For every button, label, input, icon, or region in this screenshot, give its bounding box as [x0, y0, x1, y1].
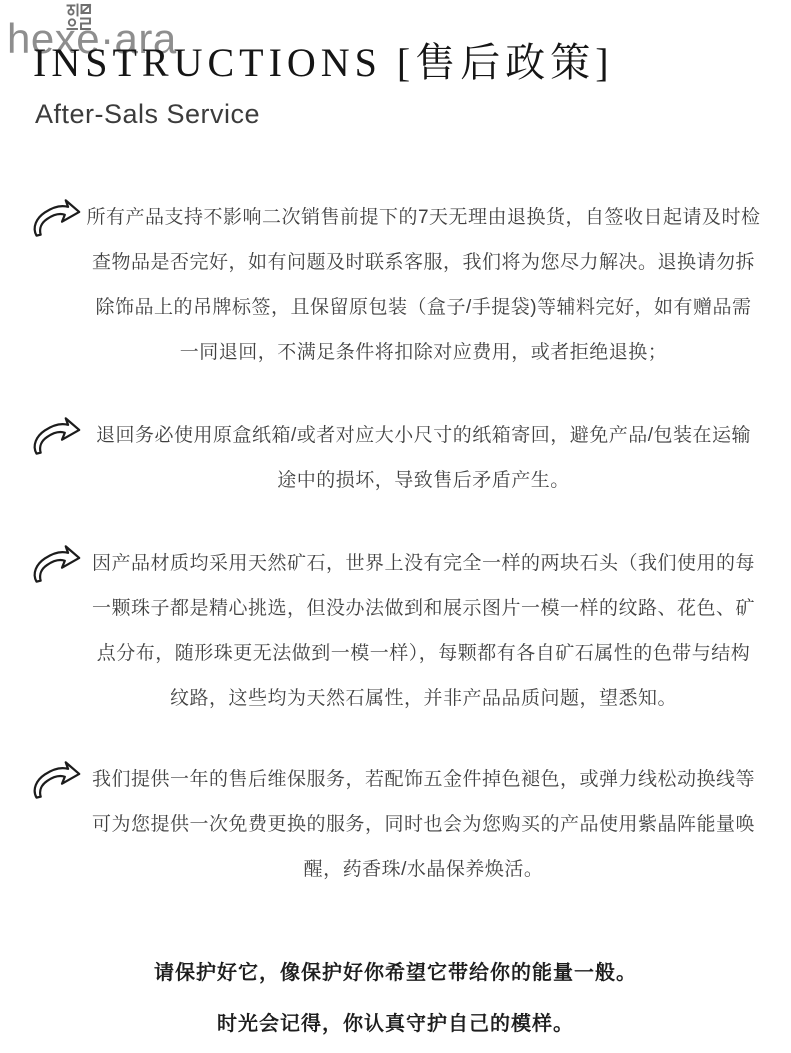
footer-quote: 请保护好它，像保护好你希望它带给你的能量一般。 时光会记得，你认真守护自己的模样… [0, 948, 791, 1050]
policy-section-warranty: 我们提供一年的售后维保服务，若配饰五金件掉色褪色，或弹力线松动换线等 可为您提供… [30, 757, 761, 892]
curved-arrow-icon [30, 759, 82, 801]
footer-line-2: 时光会记得，你认真守护自己的模样。 [0, 999, 791, 1050]
policy-section-returns: 所有产品支持不影响二次销售前提下的7天无理由退换货，自签收日起请及时检 查物品是… [30, 195, 761, 375]
curved-arrow-icon [30, 197, 82, 239]
after-sales-policy-page: hexe·ara INSTRUCTIONS [售后政策] After-Sals … [0, 0, 791, 1053]
policy-section-natural-stone: 因产品材质均采用天然矿石，世界上没有完全一样的两块石头（我们使用的每 一颗珠子都… [30, 541, 761, 721]
footer-line-1: 请保护好它，像保护好你希望它带给你的能量一般。 [0, 948, 791, 999]
policy-section-shipping-back: 退回务必使用原盒纸箱/或者对应大小尺寸的纸箱寄回，避免产品/包装在运输 途中的损… [30, 413, 761, 503]
curved-arrow-icon [30, 543, 82, 585]
page-subtitle: After-Sals Service [35, 99, 260, 130]
policy-text: 因产品材质均采用天然矿石，世界上没有完全一样的两块石头（我们使用的每 一颗珠子都… [86, 541, 761, 721]
page-title: INSTRUCTIONS [售后政策] [33, 40, 614, 86]
policy-text: 退回务必使用原盒纸箱/或者对应大小尺寸的纸箱寄回，避免产品/包装在运输 途中的损… [86, 413, 761, 503]
curved-arrow-icon [30, 415, 82, 457]
policy-text: 我们提供一年的售后维保服务，若配饰五金件掉色褪色，或弹力线松动换线等 可为您提供… [86, 757, 761, 892]
policy-text: 所有产品支持不影响二次销售前提下的7天无理由退换货，自签收日起请及时检 查物品是… [86, 195, 761, 375]
